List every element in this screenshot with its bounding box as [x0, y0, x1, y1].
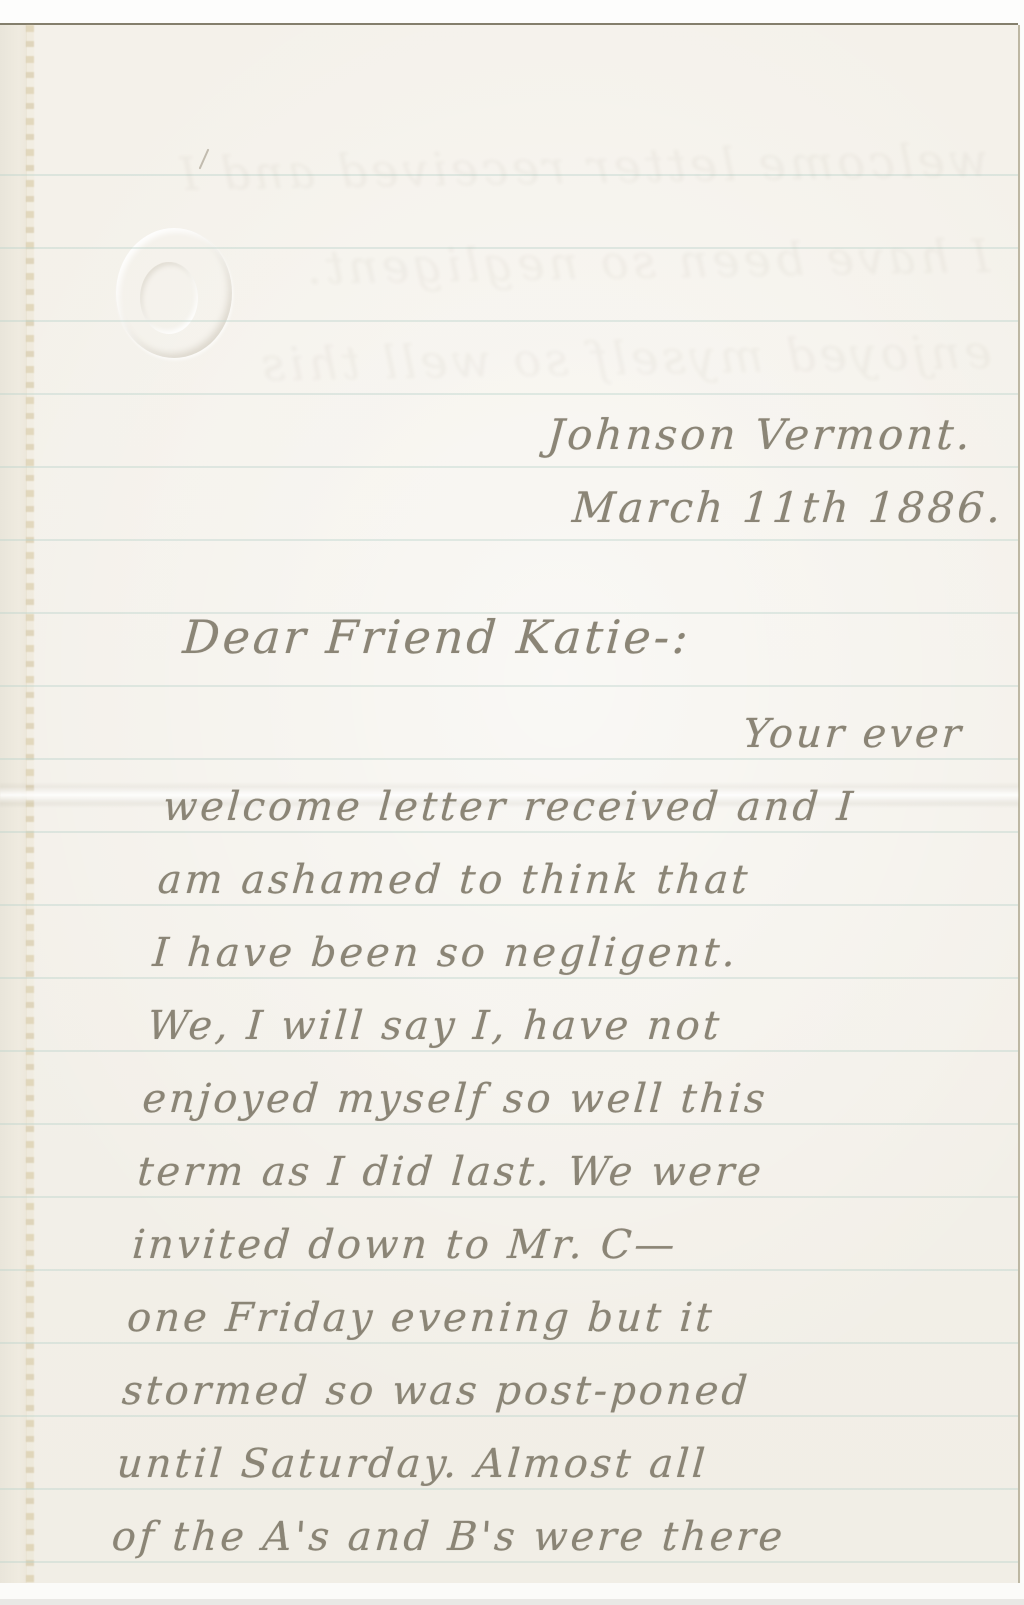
bleedthrough-line: welcome letter received and I	[57, 112, 989, 224]
letter-body-line: one Friday evening but it	[125, 1282, 926, 1355]
salutation: Dear Friend Katie-:	[181, 610, 693, 664]
letter-body-line: We, I will say I, have not	[145, 990, 946, 1063]
letter-body-line: am ashamed to think that	[155, 844, 956, 917]
letter-body-line: stormed so was post-poned	[120, 1355, 921, 1428]
heading-place: Johnson Vermont.	[545, 398, 1011, 471]
scan-background-right	[1020, 0, 1024, 1605]
letter-heading: Johnson Vermont. March 11th 1886.	[540, 398, 1011, 544]
letter-body: Your ever welcome letter received and I …	[109, 698, 966, 1574]
scanned-letter-page: welcome letter received and I I have bee…	[0, 0, 1024, 1605]
letter-body-line: enjoyed myself so well this	[140, 1063, 941, 1136]
letter-body-line: welcome letter received and I	[160, 771, 961, 844]
scan-background-top	[0, 0, 1024, 25]
ink-bleedthrough: welcome letter received and I I have bee…	[57, 112, 992, 428]
bleedthrough-line: I have been so negligent.	[59, 208, 991, 320]
letter-body-line: until Saturday. Almost all	[114, 1428, 915, 1501]
heading-date: March 11th 1886.	[570, 471, 1006, 544]
letter-body-line: invited down to Mr. C—	[130, 1209, 931, 1282]
letter-body-line: I have been so negligent.	[150, 917, 951, 990]
letter-body-line: term as I did last. We were	[135, 1136, 936, 1209]
scan-background-bottom	[0, 1583, 1024, 1605]
letter-body-line: Your ever	[166, 698, 967, 771]
letter-body-line: of the A's and B's were there	[109, 1501, 910, 1574]
